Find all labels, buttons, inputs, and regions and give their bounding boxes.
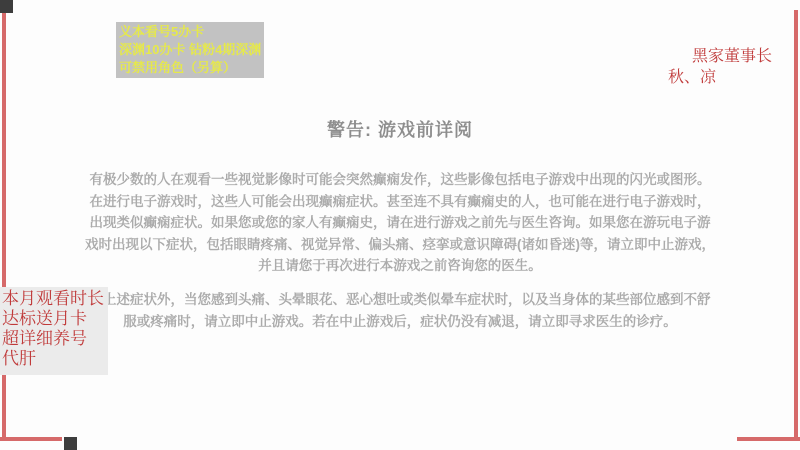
warning-title: 警告: 游戏前详阅: [0, 116, 800, 142]
overlay-top-right-line2: 秋、凉: [668, 67, 772, 88]
text-line: 义本看号5办卡: [119, 23, 261, 41]
text-line: 可禁用角色（另算）: [119, 59, 261, 77]
text-line: 在进行电子游戏时，这些人可能会出现癫痫症状。甚至连不具有癫痫史的人，也可能在进行…: [0, 191, 800, 213]
text-line: 有极少数的人在观看一些视觉影像时可能会突然癫痫发作，这些影像包括电子游戏中出现的…: [0, 169, 800, 191]
text-line: 本月观看时长: [2, 289, 108, 309]
text-line: 出现类似癫痫症状。如果您或您的家人有癫痫史，请在进行游戏之前先与医生咨询。如果您…: [0, 212, 800, 234]
warning-paragraph-1: 有极少数的人在观看一些视觉影像时可能会突然癫痫发作，这些影像包括电子游戏中出现的…: [0, 169, 800, 277]
text-line: 深渊10办卡 钻粉4期深渊: [119, 41, 261, 59]
streamer-overlay-top-right: 黑家董事长 秋、凉: [668, 46, 772, 88]
selection-handle-top-left[interactable]: [0, 0, 13, 13]
capture-frame-bottom-left-segment: [0, 437, 62, 441]
text-line: 代肝: [2, 349, 108, 369]
warning-paragraph-2: 除上述症状外，当您感到头痛、头晕眼花、恶心想吐或类似晕车症状时，以及当身体的某些…: [0, 289, 800, 332]
text-line: 并且请您于再次进行本游戏之前咨询您的医生。: [0, 255, 800, 277]
streamer-overlay-top-left: 义本看号5办卡深渊10办卡 钻粉4期深渊可禁用角色（另算）: [116, 22, 264, 78]
text-line: 戏时出现以下症状，包括眼睛疼痛、视觉异常、偏头痛、痉挛或意识障碍(诸如昏迷)等，…: [0, 234, 800, 256]
text-line: 达标送月卡: [2, 309, 108, 329]
overlay-top-right-line1: 黑家董事长: [668, 46, 772, 67]
text-line: 服或疼痛时，请立即中止游戏。若在中止游戏后，症状仍没有减退，请立即寻求医生的诊疗…: [0, 311, 800, 333]
capture-frame-bottom-right-segment: [737, 437, 800, 441]
text-line: 超详细养号: [2, 329, 108, 349]
streamer-overlay-left: 本月观看时长达标送月卡超详细养号代肝: [0, 287, 108, 375]
text-line: 除上述症状外，当您感到头痛、头晕眼花、恶心想吐或类似晕车症状时，以及当身体的某些…: [0, 289, 800, 311]
selection-handle-bottom[interactable]: [64, 437, 77, 450]
game-warning-screen: 义本看号5办卡深渊10办卡 钻粉4期深渊可禁用角色（另算） 黑家董事长 秋、凉 …: [0, 0, 800, 450]
